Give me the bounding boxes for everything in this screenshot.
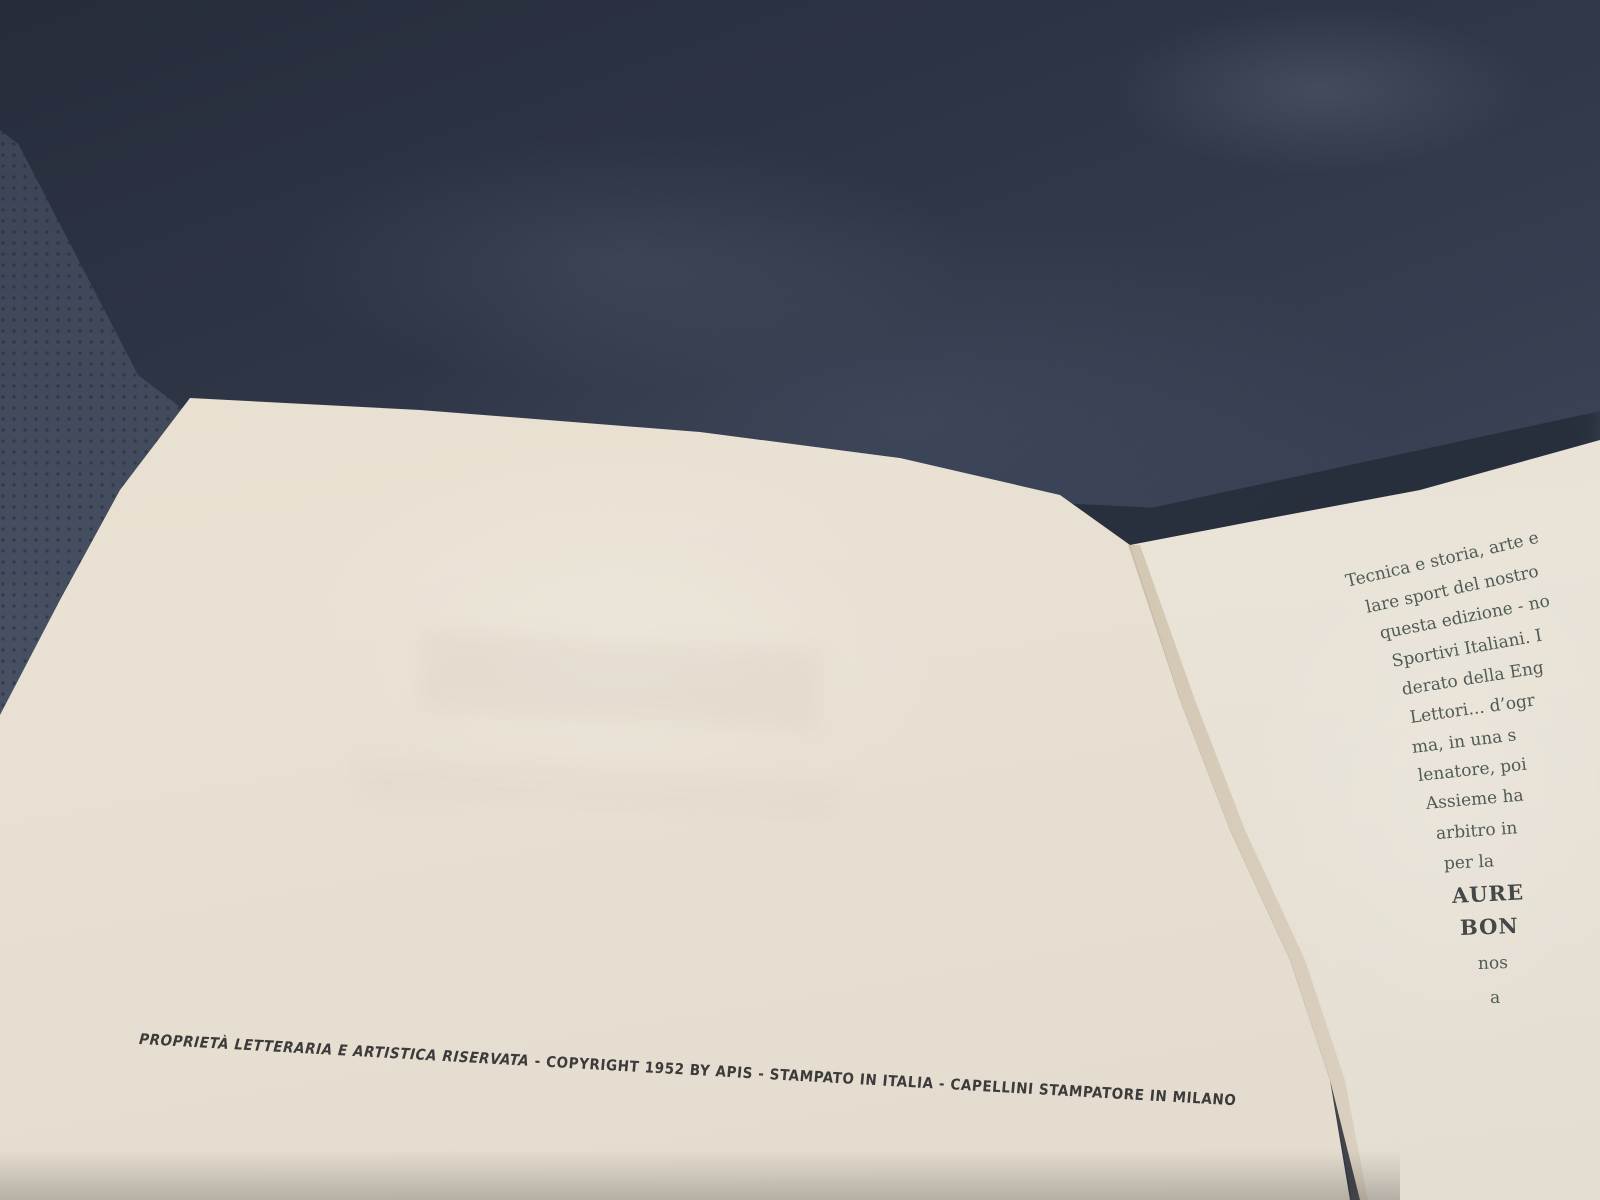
text-line: lenatore, poi [1418,765,1527,776]
text-line: Assieme ha [1426,795,1524,804]
bottom-edge-shadow [0,1150,1400,1200]
author-name-line: BON [1460,926,1519,928]
text-line: nos [1478,963,1508,964]
text-line: per la [1444,861,1494,864]
text-line: arbitro in [1436,828,1517,834]
photo-scene: PROPRIETÀ LETTERARIA E ARTISTICA RISERVA… [0,0,1600,1200]
author-name-line: AURE [1452,892,1524,896]
text-line: ma, in una s [1412,735,1516,748]
